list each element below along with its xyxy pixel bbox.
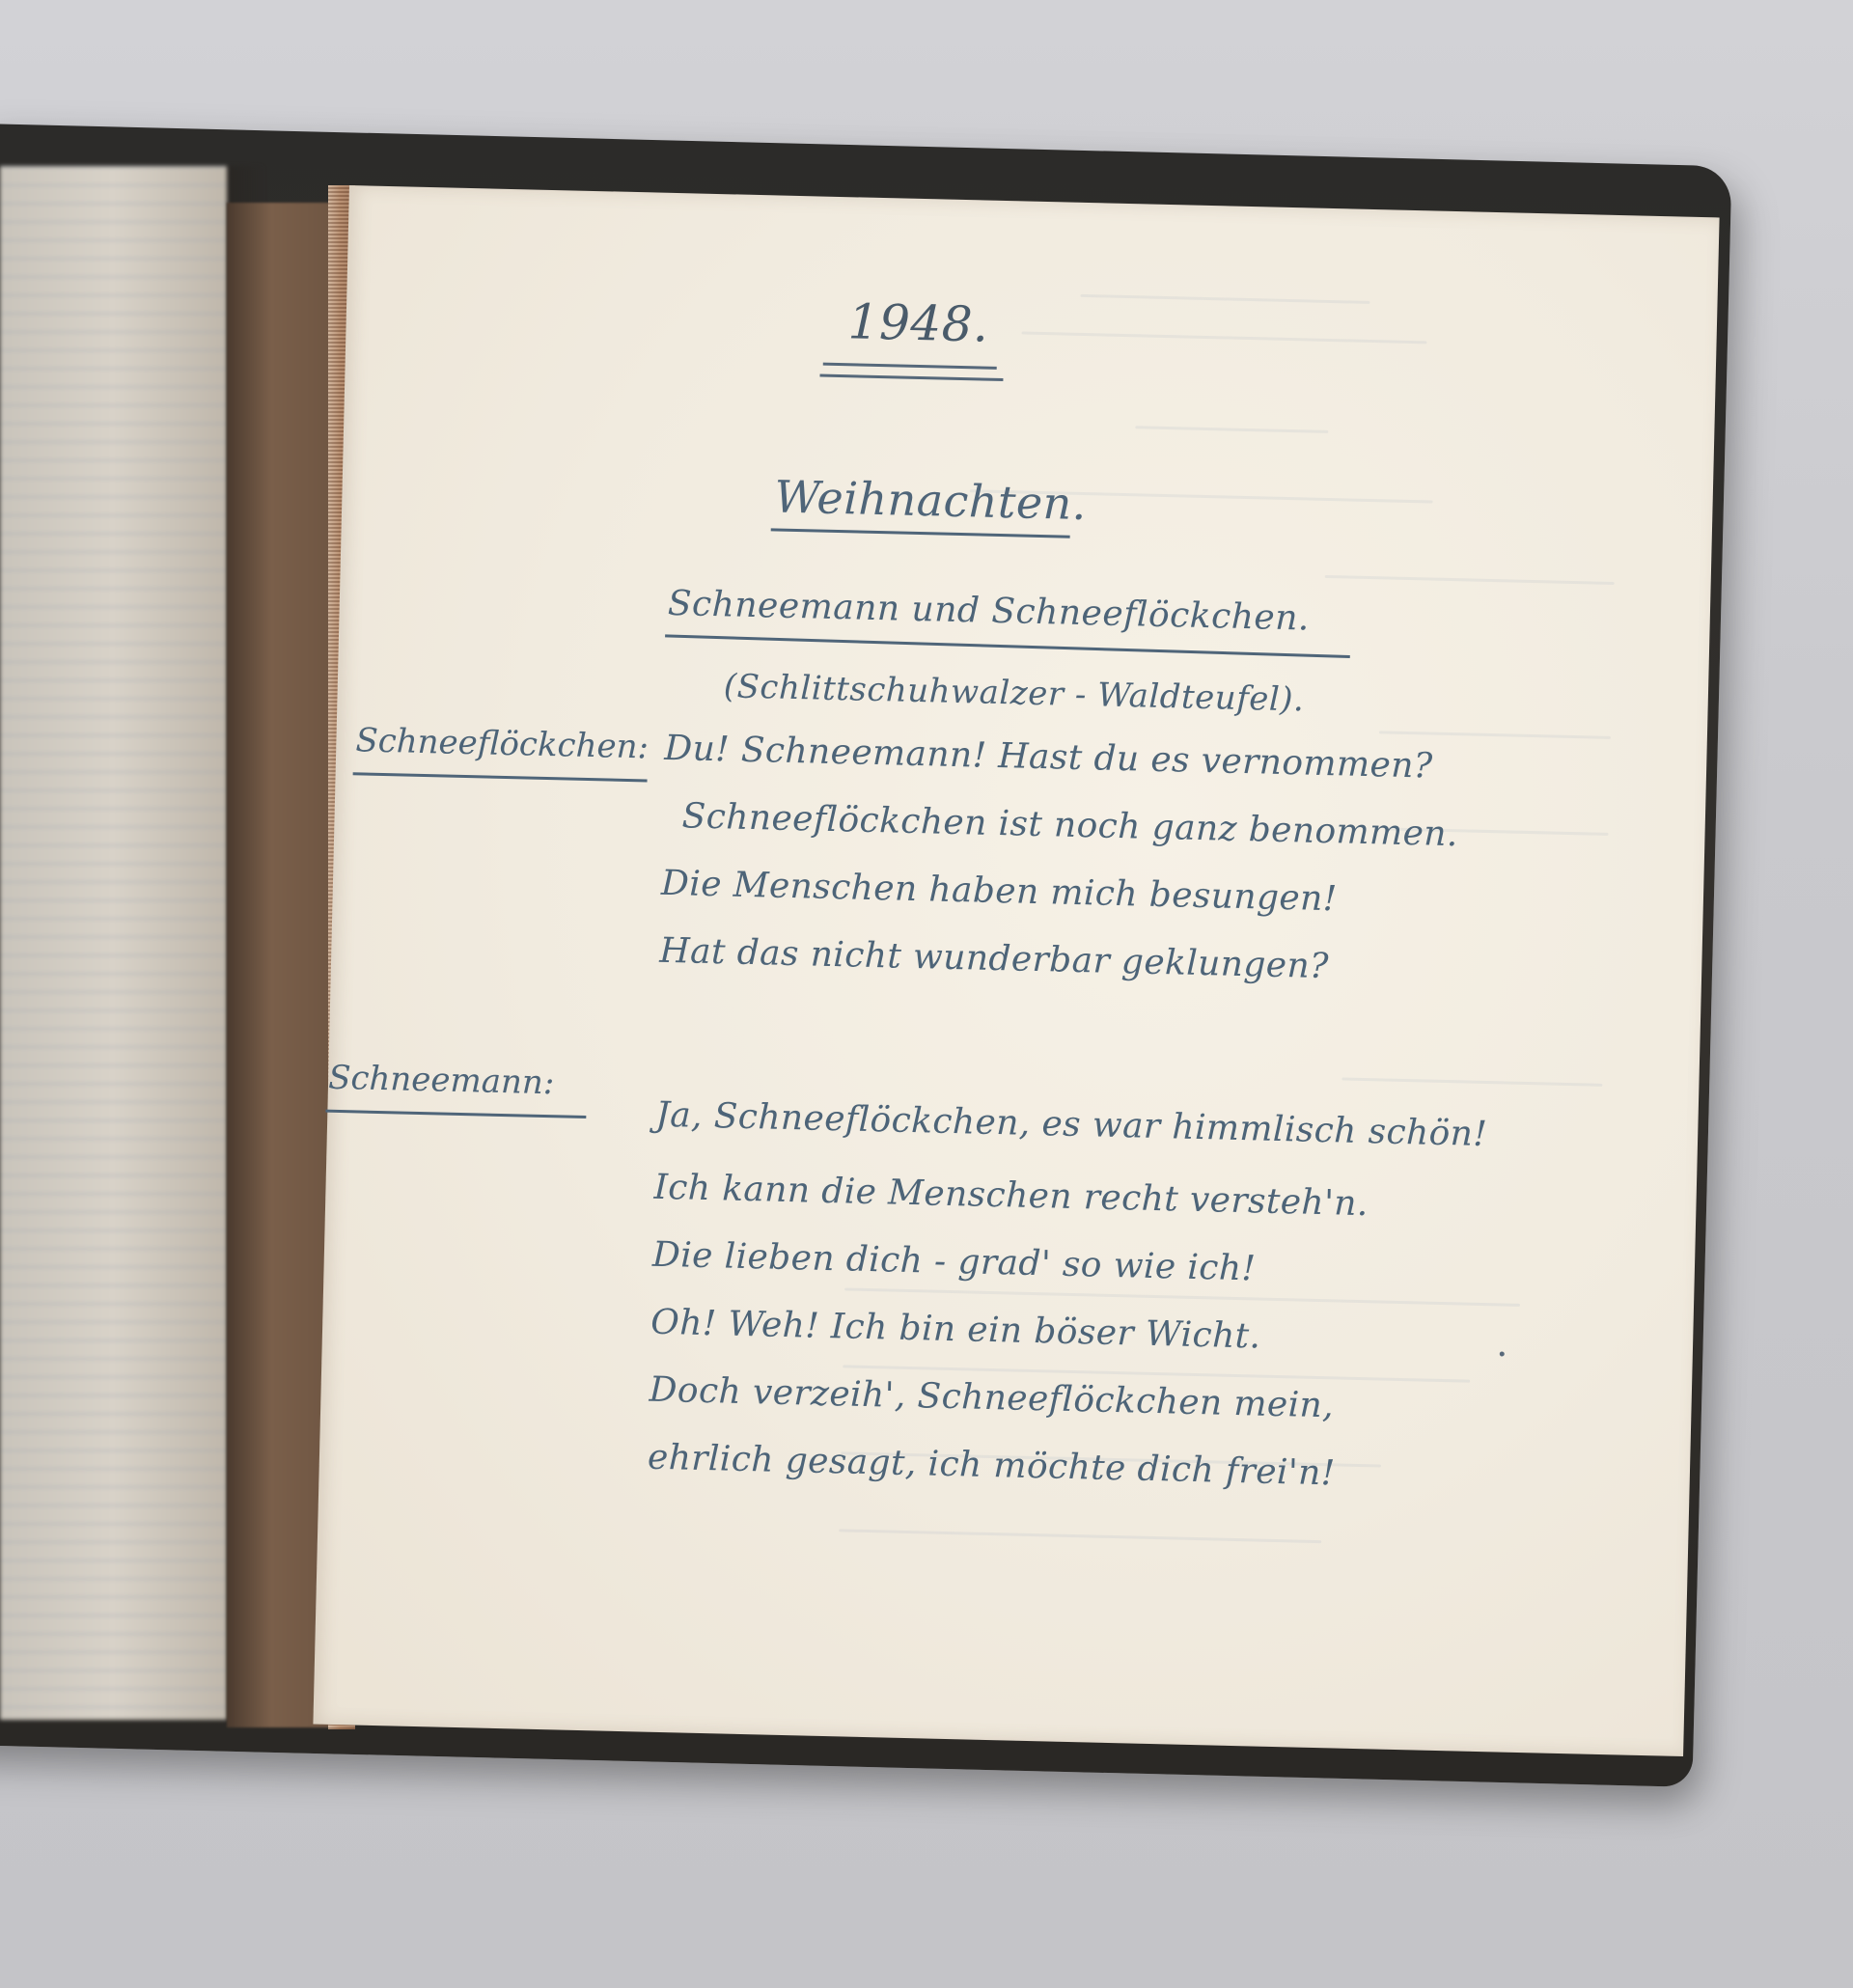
poem-title: Schneemann und Schneeflöckchen. [667, 584, 1310, 639]
speaker-label: Schneeflöckchen: [355, 721, 649, 766]
verse-line: Du! Schneemann! Hast du es vernommen? [664, 729, 1433, 787]
verse-line: Hat das nicht wunderbar geklungen? [659, 931, 1329, 986]
verse-line: ehrlich gesagt, ich möchte dich frei'n! [648, 1438, 1337, 1494]
verse-line: Doch verzeih', Schneeflöckchen mein, [649, 1370, 1334, 1426]
bleed-through-line [844, 1287, 1520, 1306]
bleed-through-line [839, 1529, 1321, 1543]
speaker-label: Schneemann: [328, 1059, 555, 1103]
year-underline [819, 374, 1003, 381]
section-heading: Weihnachten. [774, 470, 1088, 530]
year-underline [823, 363, 997, 370]
verse-line: Schneeflöckchen ist noch ganz benommen. [681, 796, 1458, 854]
ink-speck [1500, 1351, 1505, 1356]
notebook-page: 1948. Weihnachten. Schneemann und Schnee… [313, 185, 1719, 1756]
bleed-through-line [1022, 331, 1427, 344]
verse-line: Ich kann die Menschen recht versteh'n. [653, 1168, 1369, 1224]
verse-line: Die lieben dich - grad' so wie ich! [651, 1235, 1256, 1289]
bleed-through-line [1135, 426, 1328, 433]
left-page-block [0, 166, 227, 1720]
verse-line: Ja, Schneeflöckchen, es war himmlisch sc… [655, 1095, 1488, 1154]
bleed-through-line [1325, 575, 1615, 585]
verse-line: Die Menschen haben mich besungen! [661, 864, 1338, 919]
scanned-notebook: 1948. Weihnachten. Schneemann und Schnee… [0, 0, 1853, 1988]
melody-note: (Schlittschuhwalzer - Waldteufel). [723, 667, 1304, 719]
year-heading: 1948. [847, 293, 989, 352]
verse-line: Oh! Weh! Ich bin ein böser Wicht. [650, 1303, 1261, 1357]
speaker-underline [325, 1110, 586, 1118]
speaker-underline [353, 772, 648, 782]
bleed-through-line [1080, 294, 1369, 304]
title-underline [665, 634, 1350, 658]
bleed-through-line [1379, 731, 1611, 739]
bleed-through-line [1341, 1077, 1602, 1086]
heading-underline [771, 528, 1070, 538]
